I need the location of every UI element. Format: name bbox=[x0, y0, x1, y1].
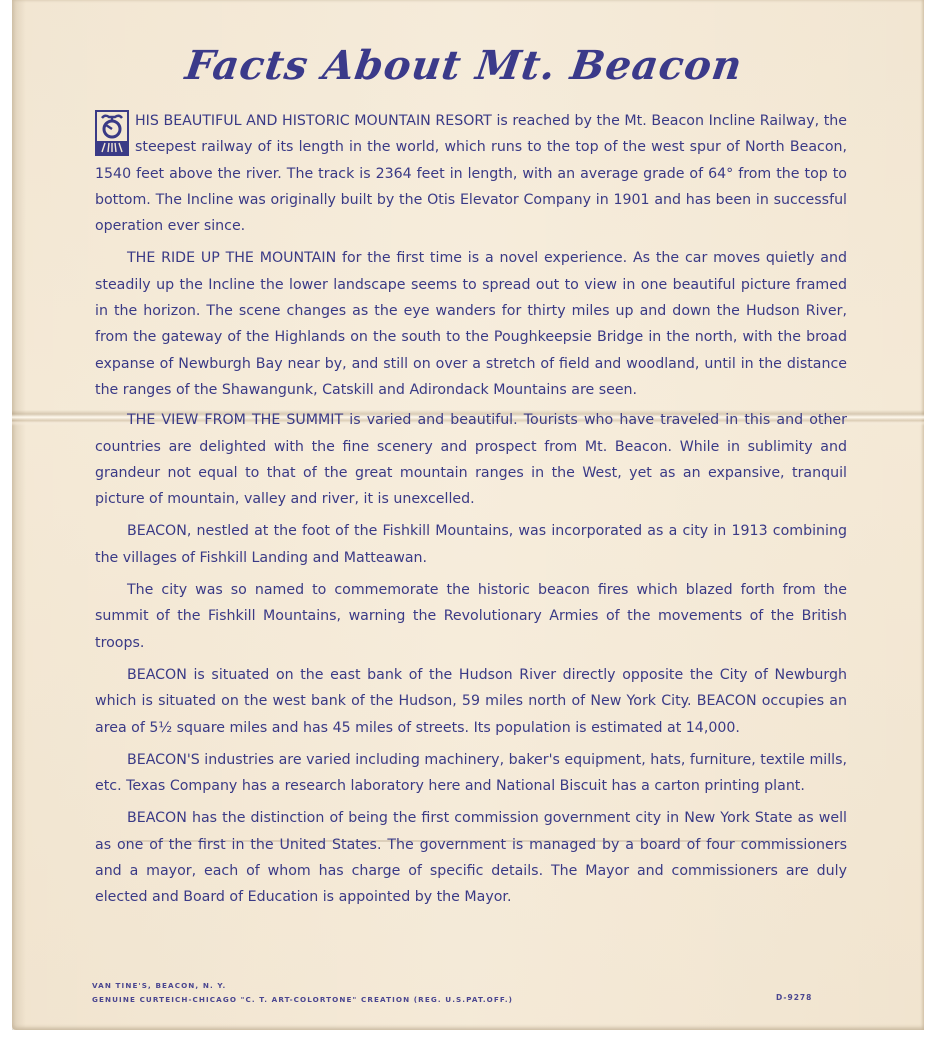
paragraph-intro: HIS BEAUTIFUL AND HISTORIC MOUNTAIN RESO… bbox=[95, 108, 847, 239]
paragraph-industries: BEACON'S industries are varied including… bbox=[95, 747, 847, 800]
document-body: HIS BEAUTIFUL AND HISTORIC MOUNTAIN RESO… bbox=[95, 108, 847, 911]
paragraph-government: BEACON has the distinction of being the … bbox=[95, 805, 847, 910]
paragraph-ride-up: THE RIDE UP THE MOUNTAIN for the first t… bbox=[95, 245, 847, 403]
document-title: Facts About Mt. Beacon bbox=[0, 42, 928, 89]
paragraph-beacon-history: BEACON, nestled at the foot of the Fishk… bbox=[95, 518, 847, 571]
paragraph-city-name: The city was so named to commemorate the… bbox=[95, 577, 847, 656]
publisher-credits: VAN TINE'S, BEACON, N. Y. GENUINE CURTEI… bbox=[92, 979, 513, 1007]
card-code: D-9278 bbox=[776, 993, 812, 1002]
printer-credit: GENUINE CURTEICH-CHICAGO "C. T. ART-COLO… bbox=[92, 993, 513, 1007]
paragraph-location: BEACON is situated on the east bank of t… bbox=[95, 662, 847, 741]
paragraph-view-summit: THE VIEW FROM THE SUMMIT is varied and b… bbox=[95, 407, 847, 512]
publisher-name: VAN TINE'S, BEACON, N. Y. bbox=[92, 979, 513, 993]
paragraph-intro-text: HIS BEAUTIFUL AND HISTORIC MOUNTAIN RESO… bbox=[95, 113, 847, 234]
ornamental-drop-cap-icon bbox=[95, 110, 129, 156]
